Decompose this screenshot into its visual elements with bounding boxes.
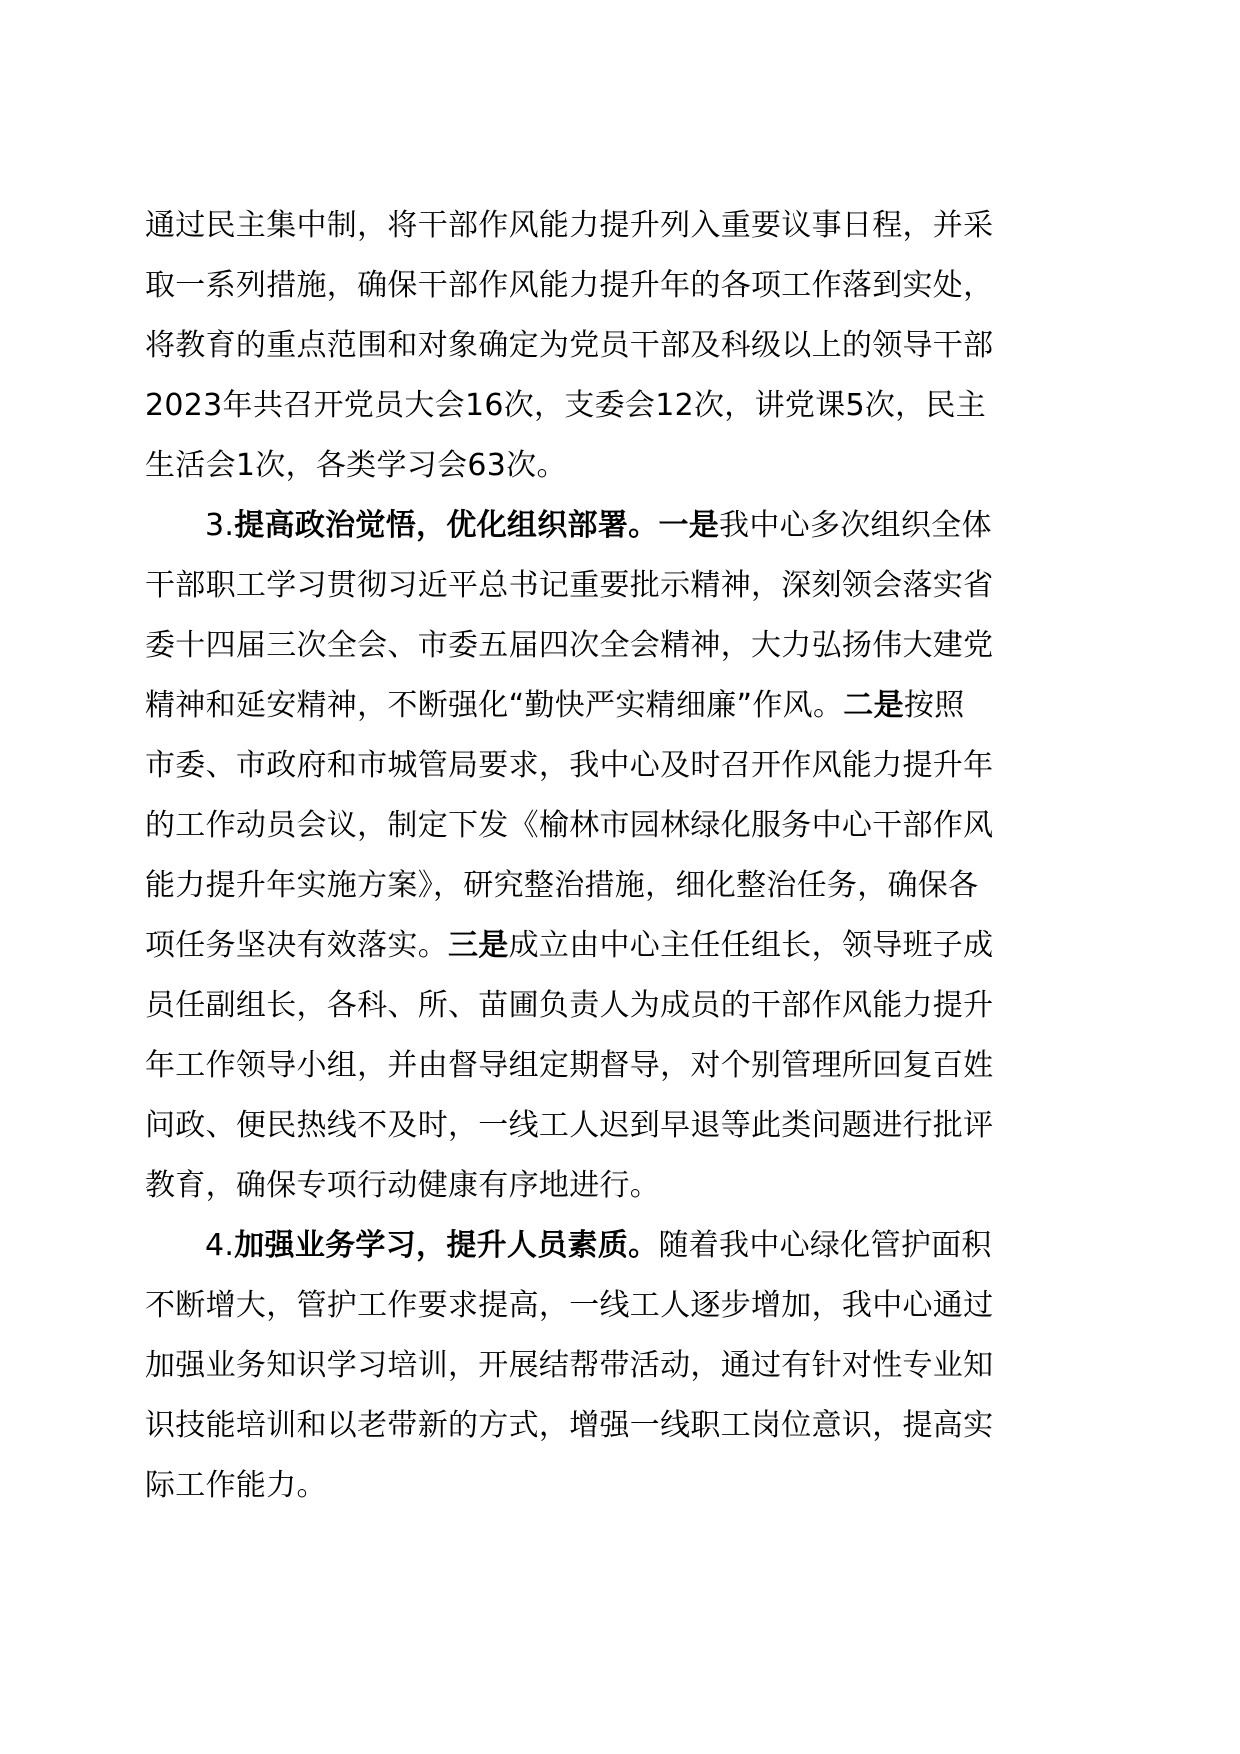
text-run: 随着我中心绿化管护面积 — [658, 1228, 991, 1263]
section-4-paragraph: 4.加强业务学习，提升人员素质。随着我中心绿化管护面积 不断增大，管护工作要求提… — [145, 1216, 1105, 1516]
text-line: 加强业务知识学习培训，开展结帮带活动，通过有针对性专业知 — [145, 1336, 1105, 1396]
text-run: 按照 — [904, 688, 965, 723]
section-3-paragraph: 3.提高政治觉悟，优化组织部署。一是我中心多次组织全体 干部职工学习贯彻习近平总… — [145, 496, 1105, 1216]
text-line: 教育，确保专项行动健康有序地进行。 — [145, 1156, 1105, 1216]
section-heading: 提高政治觉悟，优化组织部署。 — [234, 508, 658, 543]
text-line: 年工作领导小组，并由督导组定期督导，对个别管理所回复百姓 — [145, 1036, 1105, 1096]
point-label-first: 一是 — [658, 508, 719, 543]
section-heading: 加强业务学习，提升人员素质。 — [234, 1228, 658, 1263]
text-run: 精神和延安精神，不断强化“勤快严实精细廉”作风。 — [145, 688, 843, 723]
document-page: 通过民主集中制，将干部作风能力提升列入重要议事日程，并采 取一系列措施，确保干部… — [145, 196, 1105, 1516]
text-run: 我中心多次组织全体 — [719, 508, 992, 543]
text-line: 的工作动员会议，制定下发《榆林市园林绿化服务中心干部作风 — [145, 796, 1105, 856]
section-4-heading-line: 4.加强业务学习，提升人员素质。随着我中心绿化管护面积 — [145, 1216, 1105, 1276]
text-line: 市委、市政府和市城管局要求，我中心及时召开作风能力提升年 — [145, 736, 1105, 796]
text-line: 识技能培训和以老带新的方式，增强一线职工岗位意识，提高实 — [145, 1396, 1105, 1456]
text-line: 取一系列措施，确保干部作风能力提升年的各项工作落到实处， — [145, 256, 1105, 316]
text-line: 委十四届三次全会、市委五届四次全会精神，大力弘扬伟大建党 — [145, 616, 1105, 676]
text-line: 不断增大，管护工作要求提高，一线工人逐步增加，我中心通过 — [145, 1276, 1105, 1336]
text-run: 成立由中心主任任组长，领导班子成 — [509, 928, 994, 963]
paragraph-continued: 通过民主集中制，将干部作风能力提升列入重要议事日程，并采 取一系列措施，确保干部… — [145, 196, 1105, 496]
section-number: 3. — [205, 508, 234, 543]
text-line: 员任副组长，各科、所、苗圃负责人为成员的干部作风能力提升 — [145, 976, 1105, 1036]
text-line: 项任务坚决有效落实。三是成立由中心主任任组长，领导班子成 — [145, 916, 1105, 976]
text-line: 问政、便民热线不及时，一线工人迟到早退等此类问题进行批评 — [145, 1096, 1105, 1156]
text-line: 际工作能力。 — [145, 1456, 1105, 1516]
text-line: 将教育的重点范围和对象确定为党员干部及科级以上的领导干部 — [145, 316, 1105, 376]
text-run: 项任务坚决有效落实。 — [145, 928, 448, 963]
text-line: 能力提升年实施方案》，研究整治措施，细化整治任务，确保各 — [145, 856, 1105, 916]
text-line: 通过民主集中制，将干部作风能力提升列入重要议事日程，并采 — [145, 196, 1105, 256]
section-3-heading-line: 3.提高政治觉悟，优化组织部署。一是我中心多次组织全体 — [145, 496, 1105, 556]
text-line: 2023年共召开党员大会16次，支委会12次，讲党课5次，民主 — [145, 376, 1105, 436]
point-label-third: 三是 — [448, 928, 509, 963]
point-label-second: 二是 — [843, 688, 904, 723]
text-line: 精神和延安精神，不断强化“勤快严实精细廉”作风。二是按照 — [145, 676, 1105, 736]
section-number: 4. — [205, 1228, 234, 1263]
text-line: 干部职工学习贯彻习近平总书记重要批示精神，深刻领会落实省 — [145, 556, 1105, 616]
text-line: 生活会1次，各类学习会63次。 — [145, 436, 1105, 496]
